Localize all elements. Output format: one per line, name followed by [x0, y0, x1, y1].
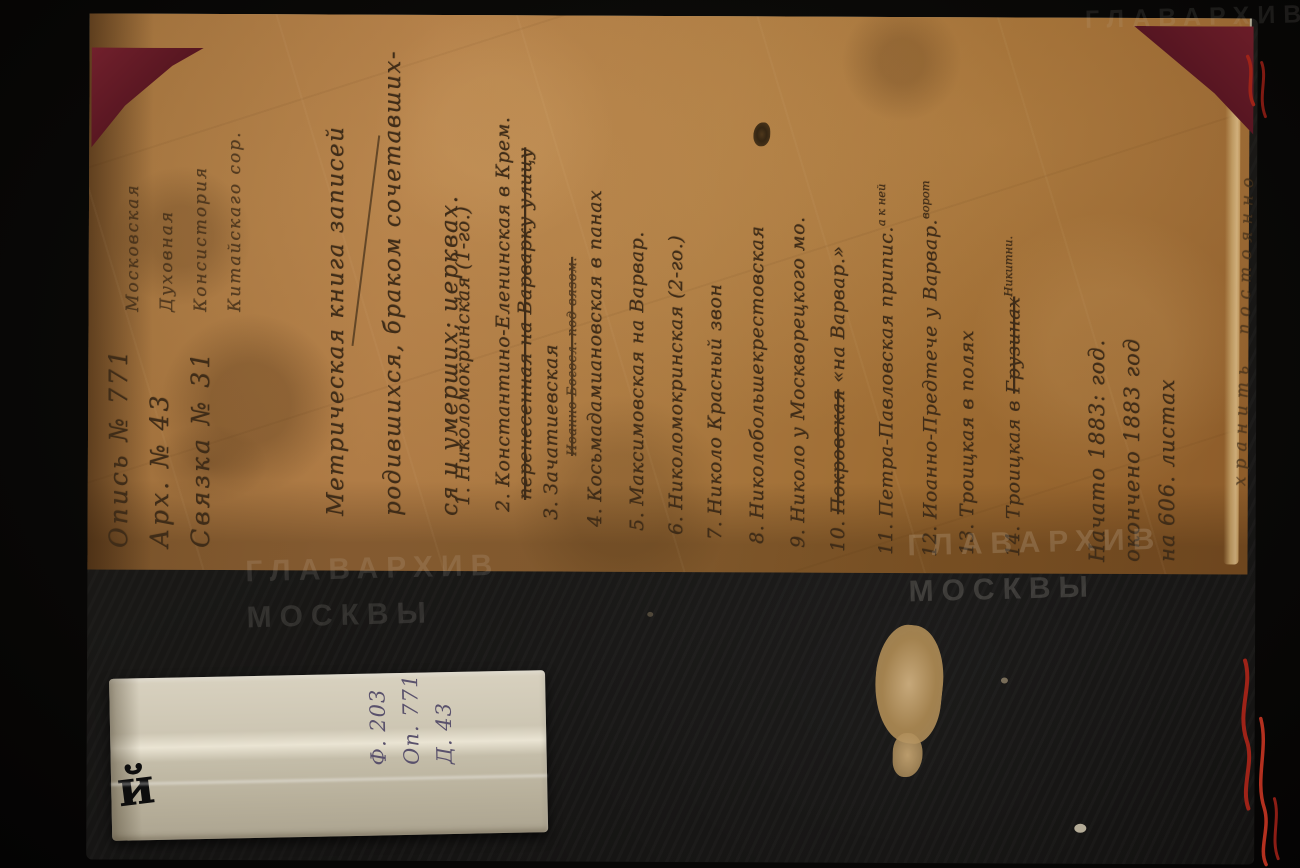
watermark-line: МОСКВЫ: [908, 563, 1164, 616]
church-entry: 7.Николо Красный звон: [704, 284, 726, 540]
inventory-numbers-block: Опись № 771Арх. № 43Связка № 31: [98, 347, 221, 548]
red-threads-top-right: [1239, 52, 1273, 132]
church-entry-main: 10.Покровская «на Варвар.»: [827, 246, 849, 552]
red-threads-bottom-right: [1230, 658, 1291, 868]
church-number: 1.: [452, 487, 474, 506]
church-entry: 3.ЗачатиевскаяИоанно-Богосл. под вязом.: [540, 257, 584, 520]
consistory-header-block: МосковскаяДуховнаяКонсисторияКитайскаго …: [116, 131, 252, 312]
church-name: Николо Красный звон: [704, 284, 726, 515]
church-number: 4.: [584, 508, 606, 527]
handwritten-line: Консистория: [184, 131, 218, 312]
watermark-line: МОСКВЫ: [246, 589, 502, 642]
watermark-left: ГЛАВАРХИВ МОСКВЫ: [245, 543, 502, 642]
church-entry-main: 5.Максимовская на Варвар.: [626, 231, 648, 531]
church-number: 2.: [492, 493, 514, 512]
church-entry-main: 4.Косьмадамиановская в панах: [584, 190, 606, 527]
handwritten-line: Связка № 31: [180, 347, 221, 548]
church-number: 3.: [540, 501, 562, 520]
church-name: Петра-Павловская припис.: [875, 226, 897, 517]
church-name: Максимовская на Варвар.: [626, 231, 648, 506]
handwritten-line: Опись № 771: [98, 347, 139, 548]
handwritten-line: Духовная: [150, 131, 184, 312]
church-entry: 10.Покровская «на Варвар.»: [827, 246, 849, 552]
church-number: 6.: [665, 516, 687, 535]
church-entry-main: 3.Зачатиевская: [540, 257, 562, 520]
handwritten-line: родившихся, браком сочетавших-: [365, 50, 422, 516]
watermark-top-right: ГЛАВАРХИВ: [1085, 0, 1300, 35]
cloth-speck: [1001, 677, 1008, 683]
church-number: 9.: [787, 529, 809, 548]
church-number: 8.: [746, 525, 768, 544]
handwritten-line: Китайскаго сор.: [218, 131, 252, 312]
church-name-struck: Грузинах: [1002, 297, 1024, 394]
handwritten-line: Ф. 203: [361, 674, 396, 766]
church-name: «на Варвар.»: [827, 246, 849, 390]
cloth-speck: [647, 612, 653, 617]
handwritten-line: Оп. 771: [394, 673, 429, 765]
watermark-right: ГЛАВАРХИВ МОСКВЫ: [907, 517, 1164, 616]
church-entry: 2.Константино-Еленинская в Крем.перенесе…: [492, 117, 536, 512]
church-entry: 11.Петра-Павловская припис.а к ней: [870, 184, 897, 555]
church-name: Николомокринская (1-го.): [452, 206, 474, 481]
church-entry-main: 6.Николомокринская (2-го.): [665, 235, 687, 535]
church-number: 5.: [626, 512, 648, 531]
church-name-struck: Покровская: [827, 389, 849, 514]
watermark-line: ГЛАВАРХИВ: [245, 543, 501, 596]
label-archive-numbers: Ф. 203Оп. 771Д. 43: [361, 673, 462, 766]
church-name: Иоанно-Предтече у Варвар.: [919, 219, 941, 519]
church-name: Троицкая в полях: [956, 330, 978, 517]
church-entry-main: 12.Иоанно-Предтече у Варвар.ворот: [914, 181, 941, 557]
church-name: Николобольшекрестовская: [746, 226, 768, 519]
church-entry: 6.Николомокринская (2-го.): [665, 235, 687, 535]
church-name-superscript: ворот: [918, 181, 932, 219]
church-name: Константино-Еленинская в Крем.: [492, 117, 514, 487]
watermark-line: ГЛАВАРХИВ: [907, 517, 1163, 570]
church-number: 7.: [704, 521, 726, 540]
church-name: Зачатиевская: [540, 344, 562, 495]
church-number: 10.: [827, 520, 849, 552]
handwritten-line: Д. 43: [427, 673, 462, 765]
church-entry: 12.Иоанно-Предтече у Варвар.ворот: [914, 181, 941, 557]
church-entry-main: 9.Николо у Москворецкого мо.: [787, 216, 809, 548]
church-entry-main: 1.Николомокринская (1-го.): [452, 206, 474, 506]
church-entry-main: 2.Константино-Еленинская в Крем.: [492, 117, 514, 512]
church-entry-main: 14.Троицкая в ГрузинахНикитни.: [997, 236, 1024, 557]
church-name: Косьмадамиановская в панах: [584, 190, 606, 502]
church-entry: 14.Троицкая в ГрузинахНикитни.: [997, 236, 1024, 557]
label-marker-partial-letter: й: [114, 760, 157, 814]
church-entry: 1.Николомокринская (1-го.): [452, 206, 474, 506]
church-name: Николомокринская (2-го.): [665, 235, 687, 510]
handwritten-line: Метрическая книга записей: [308, 50, 365, 516]
church-name-superscript: Никитни.: [1001, 236, 1015, 297]
church-name: Николо у Москворецкого мо.: [787, 216, 809, 522]
church-name: Троицкая в: [1002, 394, 1024, 520]
church-entry: 9.Николо у Москворецкого мо.: [787, 216, 809, 548]
church-name-superscript: а к ней: [874, 184, 888, 226]
church-number: 11.: [875, 523, 897, 555]
church-entry-main: 11.Петра-Павловская припис.а к ней: [870, 184, 897, 555]
handwritten-line: Московская: [116, 131, 150, 312]
cloth-speck: [1074, 824, 1086, 833]
church-entry: 4.Косьмадамиановская в панах: [584, 190, 606, 527]
church-entry: 5.Максимовская на Варвар.: [626, 231, 648, 531]
watermark-line: ГЛАВАРХИВ: [1085, 0, 1300, 35]
church-entry: 8.Николобольшекрестовская: [746, 226, 768, 544]
handwritten-line: Арх. № 43: [139, 347, 180, 548]
church-entry-main: 8.Николобольшекрестовская: [746, 226, 768, 544]
church-entry-note: Иоанно-Богосл. под вязом.: [562, 257, 584, 520]
church-entry-main: 7.Николо Красный звон: [704, 284, 726, 540]
archive-photo-canvas: Ф. 203Оп. 771Д. 43 й МосковскаяДуховнаяК…: [0, 0, 1300, 868]
archive-label: Ф. 203Оп. 771Д. 43 й: [109, 670, 548, 841]
church-entry-note: перенесенная на Варварку улицу: [514, 117, 536, 512]
